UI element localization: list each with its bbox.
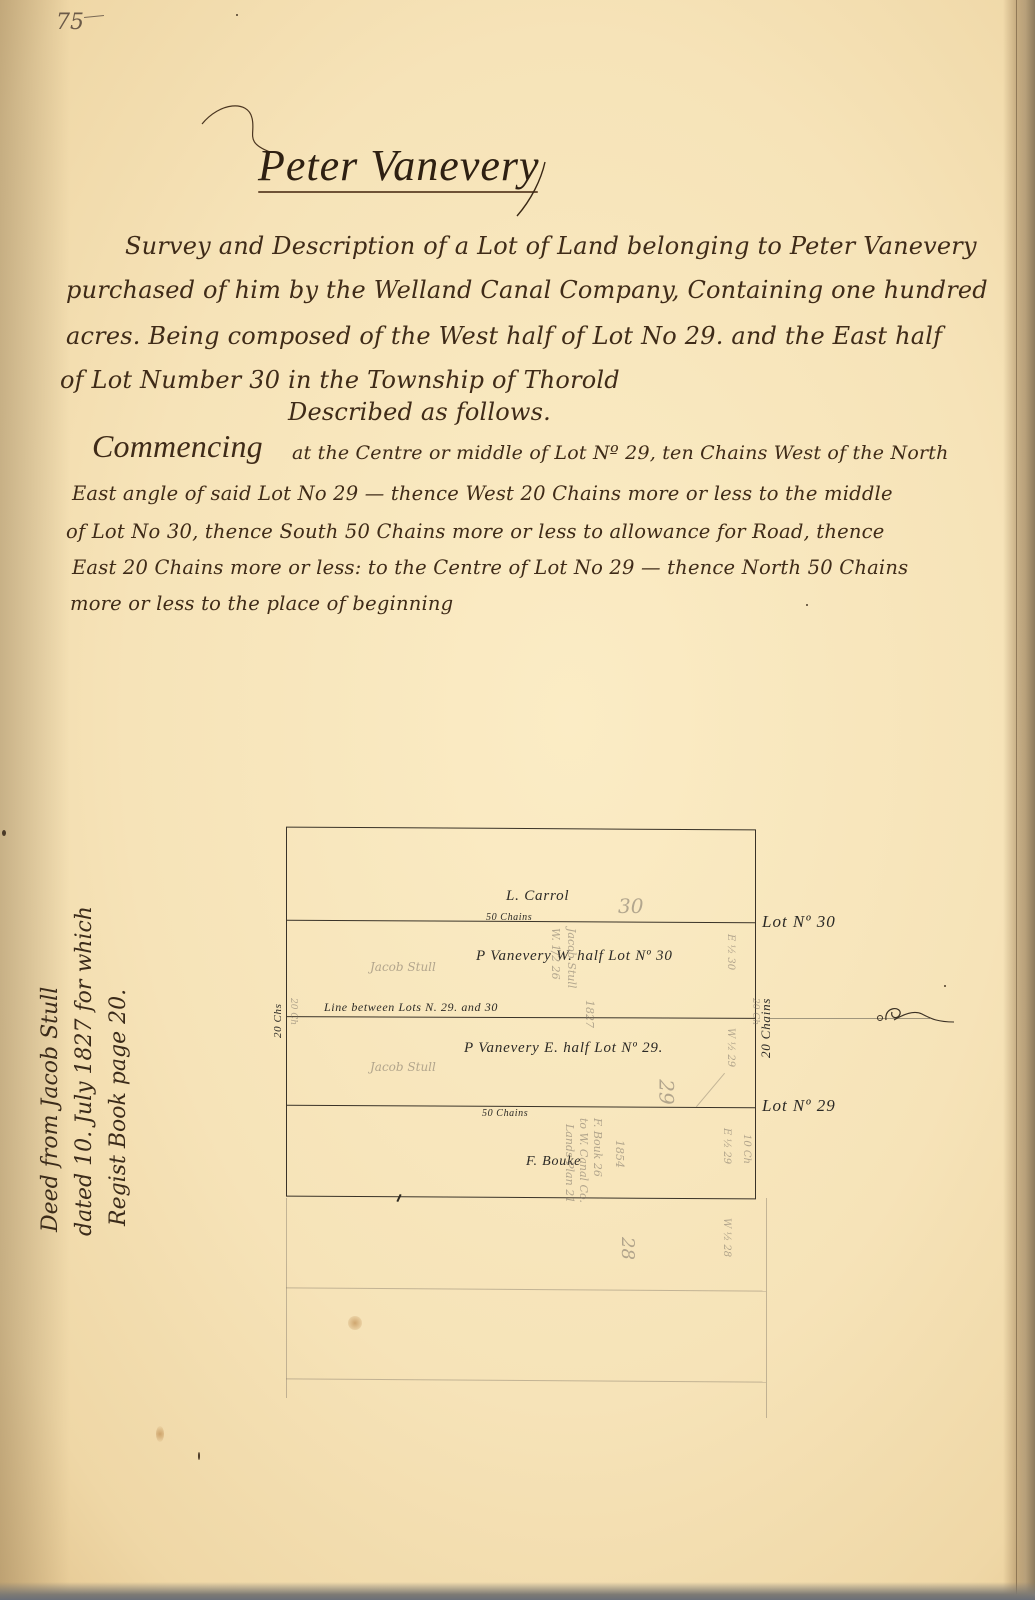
ledger-page: 75 Peter Vanevery Survey and Description… — [0, 0, 1035, 1600]
margin-note-line-3: Regist Book page 20. — [106, 989, 131, 1226]
paper-speck — [2, 830, 6, 836]
parcel-label-carrol: L. Carrol — [506, 888, 569, 905]
description-line-2: East angle of said Lot No 29 — thence We… — [72, 482, 893, 505]
pencil-rule-1 — [286, 1287, 766, 1291]
pencil-jacob-stull-vertical: Jacob Stull — [565, 928, 578, 988]
pencil-num-30: 30 — [618, 894, 643, 918]
lot-30-label: Lot Nº 30 — [762, 912, 836, 932]
pencil-20-ch-left: 20 Ch — [288, 998, 298, 1025]
intro-line-4: of Lot Number 30 in the Township of Thor… — [60, 366, 620, 394]
lot-line-flourish-icon — [870, 1000, 960, 1036]
pencil-w-half-29: W ½ 29 — [725, 1028, 736, 1067]
survey-plan: L. Carrol 50 Chains P Vanevery W. half L… — [286, 828, 756, 1198]
pencil-rule-2 — [286, 1378, 766, 1382]
intro-line-1: Survey and Description of a Lot of Land … — [125, 232, 977, 260]
chains-label-top: 50 Chains — [486, 912, 532, 923]
margin-note-line-2: dated 10. July 1827 for which — [72, 906, 97, 1236]
description-line-3: of Lot No 30, thence South 50 Chains mor… — [66, 520, 884, 543]
chains-label-left: 20 Chs — [272, 1004, 284, 1038]
paper-speck — [236, 14, 238, 16]
pencil-w-half-28: W ½ 28 — [721, 1218, 732, 1257]
pencil-20-ch-right: 20 Ch — [750, 998, 760, 1025]
page-edge-line — [1016, 0, 1017, 1600]
chains-label-right: 20 Chains — [758, 998, 774, 1058]
pencil-w-half-26: W. 1/2 26 — [549, 928, 562, 980]
binding-gutter-shadow — [0, 0, 70, 1600]
pencil-jacob-stull-2: Jacob Stull — [370, 1060, 436, 1074]
pencil-e-half-29: E ½ 29 — [721, 1128, 732, 1164]
pencil-num-29: 29 — [655, 1079, 679, 1104]
paper-speck — [806, 604, 808, 606]
commencing-word: Commencing — [92, 428, 263, 465]
margin-note-line-1: Deed from Jacob Stull — [38, 987, 63, 1232]
chains-label-bottom: 50 Chains — [482, 1108, 528, 1119]
paper-stain — [156, 1426, 164, 1442]
description-line-4: East 20 Chains more or less: to the Cent… — [72, 556, 908, 579]
page-edge-stack — [1003, 0, 1035, 1600]
paper-speck — [198, 1452, 200, 1460]
intro-line-3: acres. Being composed of the West half o… — [66, 322, 942, 350]
paper-speck — [944, 985, 946, 987]
title-underline — [258, 191, 538, 193]
pencil-bouke-note-3: Lands Plan 21 — [563, 1124, 576, 1203]
pencil-bouke-note-2: to W. Canal Co. — [577, 1118, 590, 1203]
pencil-year-1854: 1854 — [613, 1140, 626, 1168]
pencil-10-ch: 10 Ch — [741, 1134, 752, 1164]
parcel-label-vanevery-e29: P Vanevery E. half Lot Nº 29. — [464, 1040, 663, 1057]
pencil-jacob-stull-1: Jacob Stull — [370, 960, 436, 974]
description-line-5: more or less to the place of beginning — [70, 592, 453, 615]
pencil-e-half-30: E ½ 30 — [725, 934, 736, 970]
title-descender-flourish-icon — [505, 160, 555, 220]
lot-29-label: Lot Nº 29 — [762, 1096, 836, 1116]
pencil-extension-left — [286, 1198, 287, 1398]
pencil-num-28: 28 — [617, 1237, 638, 1260]
subheading-described: Described as follows. — [288, 398, 551, 426]
paper-stain — [348, 1316, 362, 1330]
division-line-label: Line between Lots N. 29. and 30 — [324, 1000, 498, 1015]
page-number: 75 — [56, 10, 84, 35]
page-title: Peter Vanevery — [258, 140, 540, 191]
pencil-extension-right — [766, 1198, 767, 1418]
page-bottom-edge — [0, 1582, 1035, 1600]
pencil-bouke-note-1: F. Bouk 26 — [591, 1118, 604, 1177]
intro-line-2: purchased of him by the Welland Canal Co… — [66, 276, 988, 304]
pencil-year-1827: 1827 — [583, 1000, 596, 1028]
description-line-1: at the Centre or middle of Lot Nº 29, te… — [292, 442, 949, 464]
